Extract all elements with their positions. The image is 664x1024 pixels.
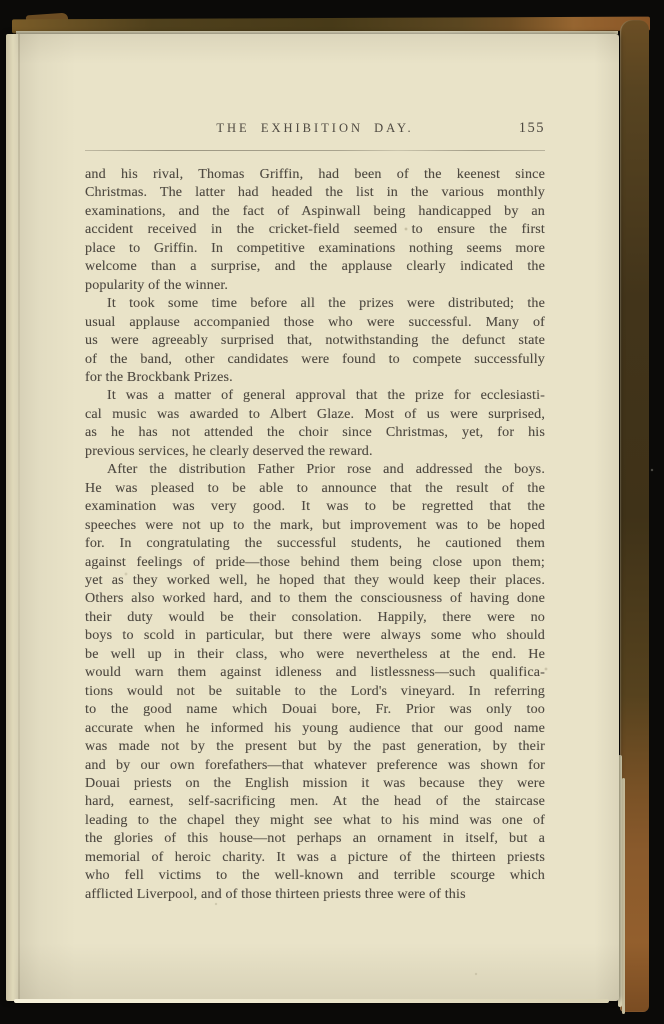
text-line: usual applause accompanied those who wer… — [85, 313, 545, 331]
text-line: examinations, and the fact of Aspinwall … — [85, 202, 545, 220]
text-line: the glories of this house—not perhaps an… — [85, 829, 545, 847]
text-line: tions would not be suitable to the Lord'… — [85, 682, 545, 700]
text-line: and by our own forefathers—that whatever… — [85, 756, 545, 774]
text-line: would warn them against idleness and lis… — [85, 663, 545, 681]
running-header: THE EXHIBITION DAY. 155 — [85, 121, 545, 139]
text-line: It took some time before all the prizes … — [85, 294, 545, 312]
text-line: yet as they worked well, he hoped that t… — [85, 571, 545, 589]
text-line: for the Brockbank Prizes. — [85, 368, 545, 386]
text-line: to the good name which Douai bore, Fr. P… — [85, 700, 545, 718]
text-line: afflicted Liverpool, and of those thirte… — [85, 885, 545, 903]
text-line: hard, earnest, self-sacrificing men. At … — [85, 792, 545, 810]
paragraph: It was a matter of general approval that… — [85, 386, 545, 460]
paragraph: It took some time before all the prizes … — [85, 294, 545, 386]
body-text: and his rival, Thomas Griffin, had been … — [85, 165, 545, 903]
header-rule — [85, 150, 545, 151]
text-line: who fell victims to the well-known and t… — [85, 866, 545, 884]
text-line: against feelings of pride—those behind t… — [85, 553, 545, 571]
page-number: 155 — [519, 120, 545, 137]
text-line: Douai priests on the English mission it … — [85, 774, 545, 792]
text-line: cal music was awarded to Albert Glaze. M… — [85, 405, 545, 423]
text-line: place to Griffin. In competitive examina… — [85, 239, 545, 257]
text-line: memorial of heroic charity. It was a pic… — [85, 848, 545, 866]
text-line: It was a matter of general approval that… — [85, 386, 545, 404]
text-line: popularity of the winner. — [85, 276, 545, 294]
text-line: us were agreeably surprised that, notwit… — [85, 331, 545, 349]
text-line: of the band, other candidates were found… — [85, 350, 545, 368]
paragraph: and his rival, Thomas Griffin, had been … — [85, 165, 545, 294]
text-line: He was pleased to be able to announce th… — [85, 479, 545, 497]
text-line: as he has not attended the choir since C… — [85, 423, 545, 441]
text-block: THE EXHIBITION DAY. 155 and his rival, T… — [85, 34, 545, 1001]
page-stack-edge — [622, 778, 625, 1014]
gutter-crease — [18, 34, 20, 1001]
text-line: accurate when he informed his young audi… — [85, 719, 545, 737]
text-line: was made not by the present but by the p… — [85, 737, 545, 755]
text-line: Others also worked hard, and to them the… — [85, 589, 545, 607]
text-line: leading to the chapel they might see wha… — [85, 811, 545, 829]
text-line: boys to scold in particular, but there w… — [85, 626, 545, 644]
book-page: THE EXHIBITION DAY. 155 and his rival, T… — [6, 34, 619, 1001]
header-title: THE EXHIBITION DAY. — [216, 121, 413, 136]
text-line: be well up in their class, who were neve… — [85, 645, 545, 663]
text-line: and his rival, Thomas Griffin, had been … — [85, 165, 545, 183]
paragraph: After the distribution Father Prior rose… — [85, 460, 545, 903]
text-line: examination was very good. It was to be … — [85, 497, 545, 515]
text-line: welcome than a surprise, and the applaus… — [85, 257, 545, 275]
text-line: accident received in the cricket-field s… — [85, 220, 545, 238]
text-line: Christmas. The latter had headed the lis… — [85, 183, 545, 201]
text-line: previous services, he clearly deserved t… — [85, 442, 545, 460]
text-line: their duty would be their consolation. H… — [85, 608, 545, 626]
text-line: After the distribution Father Prior rose… — [85, 460, 545, 478]
text-line: for. In congratulating the successful st… — [85, 534, 545, 552]
text-line: speeches were not up to the mark, but im… — [85, 516, 545, 534]
scan-canvas: THE EXHIBITION DAY. 155 and his rival, T… — [0, 0, 664, 1024]
